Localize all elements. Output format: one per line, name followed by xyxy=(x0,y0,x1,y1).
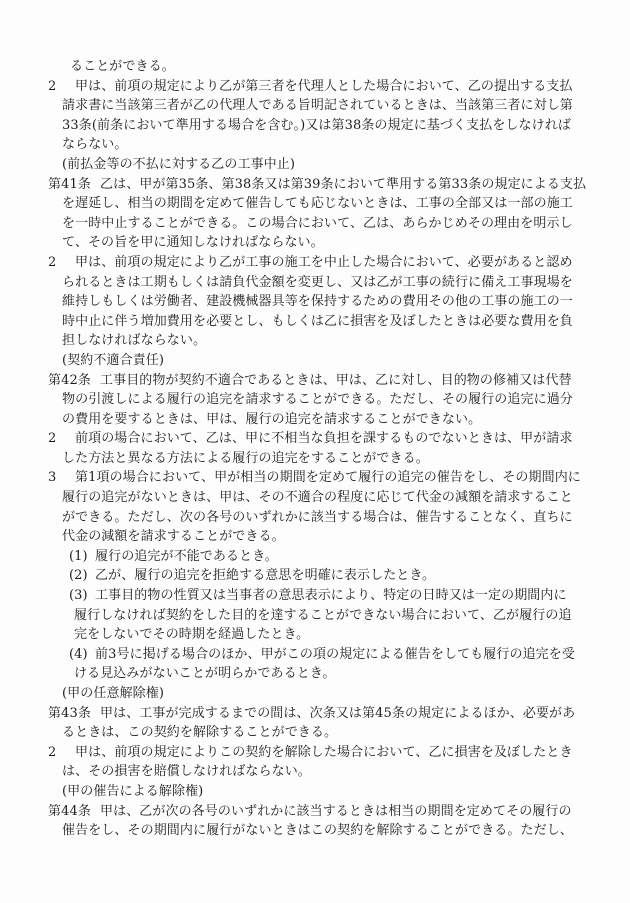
paragraph-number: 2 xyxy=(48,253,75,273)
document-line: 請求書に当該第三者が乙の代理人である旨明記されているときは、当該第三者に対し第 xyxy=(48,96,588,116)
document-line: (1)履行の追完が不能であるとき。 xyxy=(48,547,588,567)
document-line: した方法と異なる方法による履行の追完をすることができる。 xyxy=(48,449,588,469)
document-line: るときは、この契約を解除することができる。 xyxy=(48,723,588,743)
document-line: を遅延し、相当の期間を定めて催告しても応じないときは、工事の全部又は一部の施工 xyxy=(48,194,588,214)
document-line: ならない。 xyxy=(48,135,588,155)
line-text: (契約不適合責任) xyxy=(62,353,164,368)
line-text: の費用を要するときは、甲は、履行の追完を請求することができない。 xyxy=(62,412,481,427)
line-text: 代金の減額を請求することができる。 xyxy=(62,529,285,544)
paragraph-number: 3 xyxy=(48,468,75,488)
line-text: (前払金等の不払に対する乙の工事中止) xyxy=(62,157,295,172)
item-number: (2) xyxy=(69,566,95,586)
line-text: (甲の任意解除権) xyxy=(62,686,164,701)
article-number: 第41条 xyxy=(48,175,100,195)
document-line: (甲の催告による解除権) xyxy=(48,782,588,802)
paragraph-number: 2 xyxy=(48,743,75,763)
document-line: 履行の追完がないときは、甲は、その不適合の程度に応じて代金の減額を請求すること xyxy=(48,488,588,508)
article-number: 第44条 xyxy=(48,802,100,822)
line-text: 第1項の場合において、甲が相当の期間を定めて履行の追完の催告をし、その期間内に xyxy=(75,470,581,485)
line-text: 前項の場合において、乙は、甲に不相当な負担を課するものでないときは、甲が請求 xyxy=(75,431,573,446)
line-text: ける見込みがないことが明らかであるとき。 xyxy=(74,666,335,681)
line-text: 33条(前条において準用する場合を含む。)又は第38条の規定に基づく支払をしなけ… xyxy=(62,118,571,133)
line-text: 完をしないでその時期を経過したとき。 xyxy=(74,627,309,642)
document-line: (4)前3号に掲げる場合のほか、甲がこの項の規定による催告をしても履行の追完を受 xyxy=(48,645,588,665)
line-text: られるときは工期もしくは請負代金額を変更し、又は乙が工事の続行に備え工事現場を xyxy=(62,275,573,290)
line-text: ることができる。 xyxy=(70,59,175,74)
line-text: 工事目的物の性質又は当事者の意思表示により、特定の日時又は一定の期間内に xyxy=(95,588,567,603)
document-line: 第42条工事目的物が契約不適合であるときは、甲は、乙に対し、目的物の修補又は代替 xyxy=(48,371,588,391)
line-text: 工事目的物が契約不適合であるときは、甲は、乙に対し、目的物の修補又は代替 xyxy=(100,373,572,388)
line-text: 履行しなければ契約をした目的を達することができない場合において、乙が履行の追 xyxy=(74,608,572,623)
paragraph-number: 2 xyxy=(48,429,75,449)
line-text: 担しなければならない。 xyxy=(62,333,206,348)
line-text: て、その旨を甲に通知しなければならない。 xyxy=(62,235,324,250)
line-text: 甲は、前項の規定によりこの契約を解除した場合において、乙に損害を及ぼしたとき xyxy=(75,745,573,760)
document-line: 維持しもしくは労働者、建設機械器具等を保持するための費用その他の工事の施工の一 xyxy=(48,292,588,312)
line-text: 時中止に伴う増加費用を必要とし、もしくは乙に損害を及ぼしたときは必要な費用を負 xyxy=(62,314,573,329)
item-number: (4) xyxy=(69,645,95,665)
line-text: 甲は、前項の規定により乙が第三者を代理人とした場合において、乙の提出する支払 xyxy=(75,79,573,94)
line-text: を遅延し、相当の期間を定めて催告しても応じないときは、工事の全部又は一部の施工 xyxy=(62,196,573,211)
article-number: 第42条 xyxy=(48,371,100,391)
document-line: 2甲は、前項の規定により乙が第三者を代理人とした場合において、乙の提出する支払 xyxy=(48,77,588,97)
document-line: ができる。ただし、次の各号のいずれかに該当する場合は、催告することなく、直ちに xyxy=(48,508,588,528)
document-line: 第41条乙は、甲が第35条、第38条又は第39条において準用する第33条の規定に… xyxy=(48,175,588,195)
line-text: (甲の催告による解除権) xyxy=(62,784,203,799)
line-text: 履行の追完が不能であるとき。 xyxy=(95,549,278,564)
paragraph-number: 2 xyxy=(48,77,75,97)
line-text: を一時中止することができる。この場合において、乙は、あらかじめその理由を明示し xyxy=(62,216,573,231)
line-text: 物の引渡しによる履行の追完を請求することができる。ただし、その履行の追完に過分 xyxy=(62,392,573,407)
document-line: ける見込みがないことが明らかであるとき。 xyxy=(48,664,588,684)
line-text: 請求書に当該第三者が乙の代理人である旨明記されているときは、当該第三者に対し第 xyxy=(62,98,573,113)
line-text: 履行の追完がないときは、甲は、その不適合の程度に応じて代金の減額を請求すること xyxy=(62,490,573,505)
document-line: 33条(前条において準用する場合を含む。)又は第38条の規定に基づく支払をしなけ… xyxy=(48,116,588,136)
line-text: 乙が、履行の追完を拒絶する意思を明確に表示したとき。 xyxy=(95,568,435,583)
document-line: 催告をし、その期間内に履行がないときはこの契約を解除することができる。ただし、 xyxy=(48,821,588,841)
document-line: 代金の減額を請求することができる。 xyxy=(48,527,588,547)
line-text: 維持しもしくは労働者、建設機械器具等を保持するための費用その他の工事の施工の一 xyxy=(62,294,573,309)
document-line: 物の引渡しによる履行の追完を請求することができる。ただし、その履行の追完に過分 xyxy=(48,390,588,410)
document-line: られるときは工期もしくは請負代金額を変更し、又は乙が工事の続行に備え工事現場を xyxy=(48,273,588,293)
line-text: ができる。ただし、次の各号のいずれかに該当する場合は、催告することなく、直ちに xyxy=(62,510,573,525)
contract-document-page: ることができる。2甲は、前項の規定により乙が第三者を代理人とした場合において、乙… xyxy=(48,57,588,841)
line-text: 乙は、甲が第35条、第38条又は第39条において準用する第33条の規定による支払 xyxy=(100,177,586,192)
line-text: 甲は、工事が完成するまでの間は、次条又は第45条の規定によるほか、必要があ xyxy=(100,706,575,721)
line-text: は、その損害を賠償しなければならない。 xyxy=(62,764,311,779)
line-text: した方法と異なる方法による履行の追完をすることができる。 xyxy=(62,451,429,466)
document-line: 担しなければならない。 xyxy=(48,331,588,351)
article-number: 第43条 xyxy=(48,704,100,724)
document-line: 第44条甲は、乙が次の各号のいずれかに該当するときは相当の期間を定めてその履行の xyxy=(48,802,588,822)
document-line: ることができる。 xyxy=(48,57,588,77)
document-line: 2甲は、前項の規定により乙が工事の施工を中止した場合において、必要があると認め xyxy=(48,253,588,273)
item-number: (3) xyxy=(69,586,95,606)
document-line: を一時中止することができる。この場合において、乙は、あらかじめその理由を明示し xyxy=(48,214,588,234)
document-line: の費用を要するときは、甲は、履行の追完を請求することができない。 xyxy=(48,410,588,430)
document-line: て、その旨を甲に通知しなければならない。 xyxy=(48,233,588,253)
document-line: 時中止に伴う増加費用を必要とし、もしくは乙に損害を及ぼしたときは必要な費用を負 xyxy=(48,312,588,332)
document-line: 2甲は、前項の規定によりこの契約を解除した場合において、乙に損害を及ぼしたとき xyxy=(48,743,588,763)
document-line: は、その損害を賠償しなければならない。 xyxy=(48,762,588,782)
document-line: (甲の任意解除権) xyxy=(48,684,588,704)
document-line: 履行しなければ契約をした目的を達することができない場合において、乙が履行の追 xyxy=(48,606,588,626)
line-text: 甲は、乙が次の各号のいずれかに該当するときは相当の期間を定めてその履行の xyxy=(100,804,572,819)
document-line: 第43条甲は、工事が完成するまでの間は、次条又は第45条の規定によるほか、必要が… xyxy=(48,704,588,724)
document-line: (3)工事目的物の性質又は当事者の意思表示により、特定の日時又は一定の期間内に xyxy=(48,586,588,606)
line-text: 前3号に掲げる場合のほか、甲がこの項の規定による催告をしても履行の追完を受 xyxy=(95,647,575,662)
document-line: 完をしないでその時期を経過したとき。 xyxy=(48,625,588,645)
line-text: ならない。 xyxy=(62,137,128,152)
line-text: 催告をし、その期間内に履行がないときはこの契約を解除することができる。ただし、 xyxy=(62,823,573,838)
line-text: るときは、この契約を解除することができる。 xyxy=(62,725,337,740)
line-text: 甲は、前項の規定により乙が工事の施工を中止した場合において、必要があると認め xyxy=(75,255,573,270)
item-number: (1) xyxy=(69,547,95,567)
document-line: (2)乙が、履行の追完を拒絶する意思を明確に表示したとき。 xyxy=(48,566,588,586)
document-line: (前払金等の不払に対する乙の工事中止) xyxy=(48,155,588,175)
document-line: 2前項の場合において、乙は、甲に不相当な負担を課するものでないときは、甲が請求 xyxy=(48,429,588,449)
document-line: 3第1項の場合において、甲が相当の期間を定めて履行の追完の催告をし、その期間内に xyxy=(48,468,588,488)
document-line: (契約不適合責任) xyxy=(48,351,588,371)
